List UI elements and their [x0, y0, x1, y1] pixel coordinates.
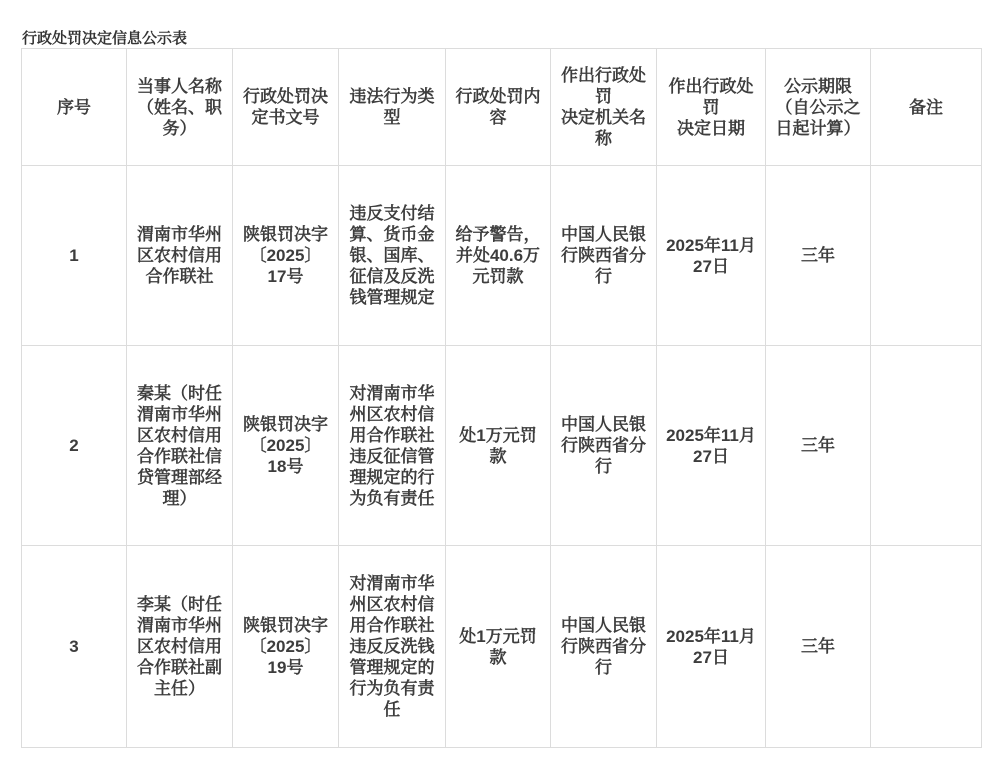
table-row: 2 秦某（时任渭南市华州区农村信用合作联社信贷管理部经理） 陕银罚决字〔2025… [22, 346, 982, 546]
cell-penalty-content: 处1万元罚款 [446, 346, 551, 546]
cell-publicity-period: 三年 [766, 546, 871, 748]
table-row: 1 渭南市华州区农村信用合作联社 陕银罚决字〔2025〕17号 违反支付结算、货… [22, 166, 982, 346]
cell-party-name: 李某（时任渭南市华州区农村信用合作联社副主任） [127, 546, 233, 748]
header-cell-decision-date: 作出行政处罚 决定日期 [657, 49, 766, 166]
header-cell-party-name: 当事人名称 （姓名、职务） [127, 49, 233, 166]
cell-decision-doc-number: 陕银罚决字〔2025〕17号 [233, 166, 339, 346]
cell-penalty-content: 处1万元罚款 [446, 546, 551, 748]
cell-remarks [871, 166, 982, 346]
table-header-row: 序号 当事人名称 （姓名、职务） 行政处罚决定书文号 违法行为类型 行政处罚内容… [22, 49, 982, 166]
cell-index: 1 [22, 166, 127, 346]
penalty-table: 序号 当事人名称 （姓名、职务） 行政处罚决定书文号 违法行为类型 行政处罚内容… [21, 48, 982, 748]
cell-index: 2 [22, 346, 127, 546]
cell-decision-date: 2025年11月27日 [657, 546, 766, 748]
header-cell-remarks: 备注 [871, 49, 982, 166]
cell-party-name: 秦某（时任渭南市华州区农村信用合作联社信贷管理部经理） [127, 346, 233, 546]
page: 行政处罚决定信息公示表 序号 当事人名称 （姓名、职务） 行政处罚决定书文号 违… [0, 0, 1000, 768]
cell-decision-date: 2025年11月27日 [657, 346, 766, 546]
cell-authority-name: 中国人民银行陕西省分行 [551, 546, 657, 748]
cell-remarks [871, 346, 982, 546]
cell-decision-doc-number: 陕银罚决字〔2025〕18号 [233, 346, 339, 546]
cell-authority-name: 中国人民银行陕西省分行 [551, 166, 657, 346]
header-cell-decision-doc-number: 行政处罚决定书文号 [233, 49, 339, 166]
table-row: 3 李某（时任渭南市华州区农村信用合作联社副主任） 陕银罚决字〔2025〕19号… [22, 546, 982, 748]
cell-decision-doc-number: 陕银罚决字〔2025〕19号 [233, 546, 339, 748]
cell-violation-type: 对渭南市华州区农村信用合作联社违反征信管理规定的行为负有责任 [339, 346, 446, 546]
cell-publicity-period: 三年 [766, 166, 871, 346]
header-cell-authority-name: 作出行政处罚 决定机关名称 [551, 49, 657, 166]
header-cell-index: 序号 [22, 49, 127, 166]
header-cell-publicity-period: 公示期限 （自公示之日起计算） [766, 49, 871, 166]
cell-penalty-content: 给予警告，并处40.6万元罚款 [446, 166, 551, 346]
header-cell-violation-type: 违法行为类型 [339, 49, 446, 166]
cell-index: 3 [22, 546, 127, 748]
cell-authority-name: 中国人民银行陕西省分行 [551, 346, 657, 546]
cell-violation-type: 违反支付结算、货币金银、国库、征信及反洗钱管理规定 [339, 166, 446, 346]
cell-violation-type: 对渭南市华州区农村信用合作联社违反反洗钱管理规定的行为负有责任 [339, 546, 446, 748]
cell-decision-date: 2025年11月27日 [657, 166, 766, 346]
page-title: 行政处罚决定信息公示表 [22, 27, 187, 48]
cell-publicity-period: 三年 [766, 346, 871, 546]
header-cell-penalty-content: 行政处罚内容 [446, 49, 551, 166]
cell-party-name: 渭南市华州区农村信用合作联社 [127, 166, 233, 346]
cell-remarks [871, 546, 982, 748]
